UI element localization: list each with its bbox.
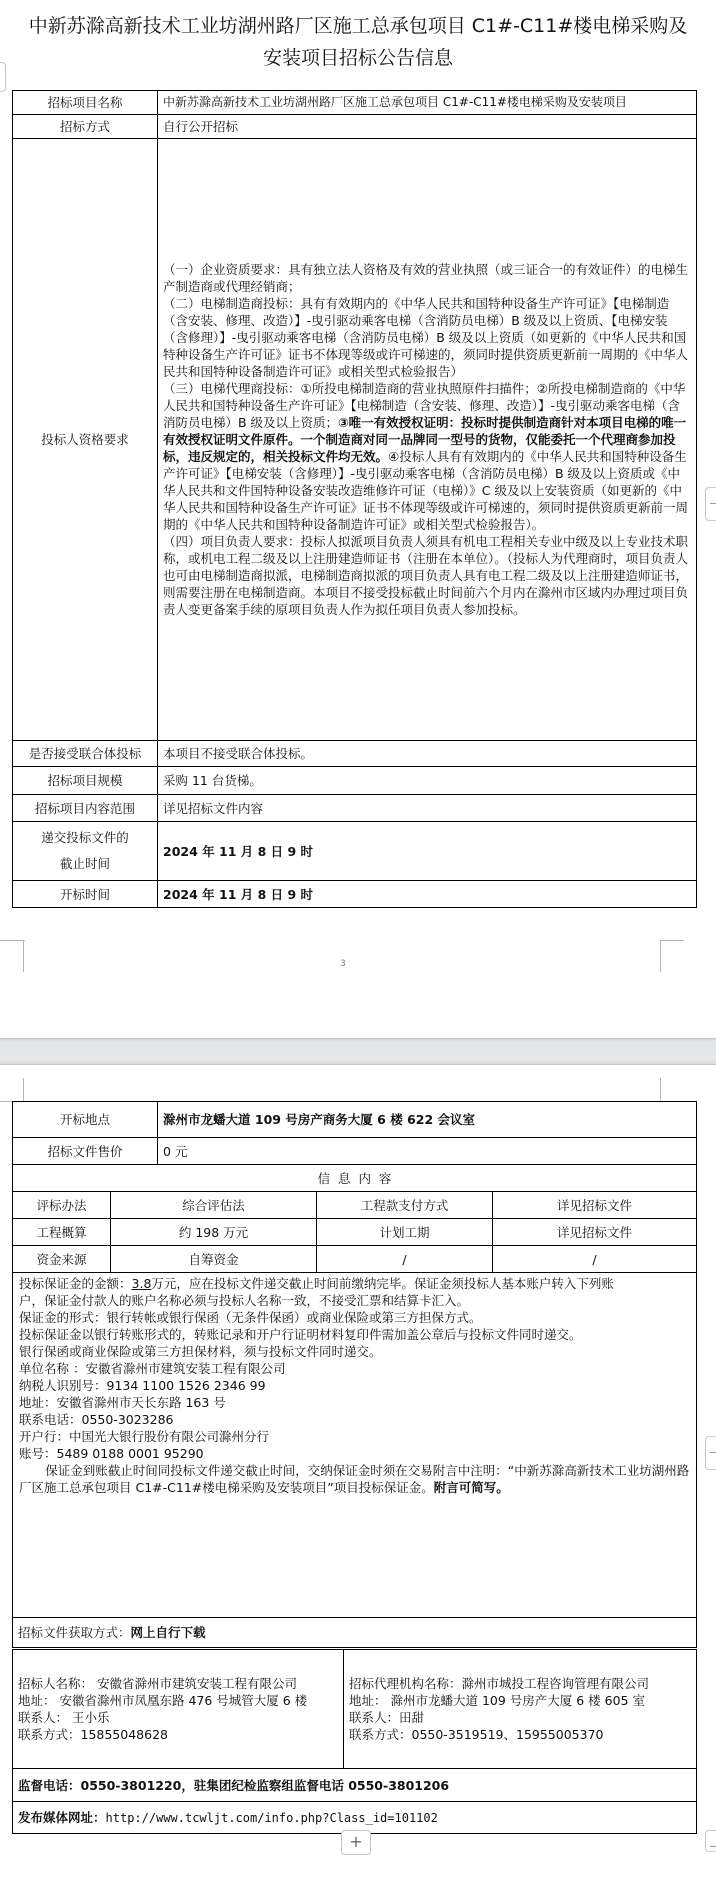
info-cell-label: / [317,1246,493,1273]
deposit-transfer-note: 投标保证金以银行转账形式的，转账记录和开户行证明材料复印件需加盖公章后与投标文件… [19,1326,690,1343]
table-row: 开标地点 滁州市龙蟠大道 109 号房产商务大厦 6 楼 622 会议室 [13,1102,697,1138]
table-row: 招标项目名称 中新苏滁高新技术工业坊湖州路厂区施工总承包项目 C1#-C11#楼… [13,91,697,115]
info-section-header: 信 息 内 容 [13,1165,697,1192]
agency-contact: 联系人：田甜 [349,1709,691,1726]
page-separator [0,1038,716,1065]
deposit-info: 投标保证金的金额：3.8万元，应在投标文件递交截止时间前缴纳完毕。保证金须投标人… [13,1273,697,1618]
add-button[interactable]: + [341,1830,371,1855]
deposit-remark-bold: 附言可简写。 [434,1480,509,1495]
table-row: 招标人名称： 安徽省滁州市建筑安装工程有限公司 地址： 安徽省滁州市凤凰东路 4… [13,1650,697,1769]
tenderer-contact: 联系人： 王小乐 [18,1709,338,1726]
deposit-unit-name: 单位名称 ：安徽省滁州市建筑安装工程有限公司 [19,1360,690,1377]
deposit-account-note: 户，保证金付款人的账户名称必须与投标人名称一致，不接受汇票和结算卡汇入。 [19,1292,690,1309]
deposit-phone: 联系电话：0550-3023286 [19,1411,690,1428]
project-name-label: 招标项目名称 [13,91,158,115]
info-cell-label: 评标办法 [13,1192,111,1219]
deposit-guarantee-note: 银行保函或商业保险或第三方担保材料，须与投标文件同时递交。 [19,1343,690,1360]
deadline-label-line1: 递交投标文件的 [18,825,152,851]
tenderer-name: 招标人名称： 安徽省滁州市建筑安装工程有限公司 [18,1675,338,1692]
deposit-remark-text: 保证金到账截止时间同投标文件递交截止时间，交纳保证金时须在交易附言中注明：“中新… [19,1463,689,1495]
deadline-label: 递交投标文件的 截止时间 [13,822,158,881]
qualification-label: 投标人资格要求 [13,139,158,741]
tenderer-address: 地址： 安徽省滁州市凤凰东路 476 号城管大厦 6 楼 [18,1692,338,1709]
title-line-1: 中新苏滁高新技术工业坊湖州路厂区施工总承包项目 C1#-C11#楼电梯采购及 [0,10,716,42]
agency-info: 招标代理机构名称：滁州市城投工程咨询管理有限公司 地址： 滁州市龙蟠大道 109… [344,1650,697,1769]
scale-label: 招标项目规模 [13,767,158,795]
media-label: 发布媒体网址： [18,1810,106,1825]
info-cell-label: 工程款支付方式 [317,1192,493,1219]
table-row: 招标文件售价 0 元 [13,1138,697,1165]
deposit-remark: 保证金到账截止时间同投标文件递交截止时间，交纳保证金时须在交易附言中注明：“中新… [19,1462,690,1496]
qualification-manufacturer: （二）电梯制造商投标：具有有效期内的《中华人民共和国特种设备生产许可证》【电梯制… [163,295,691,380]
table-row: 递交投标文件的 截止时间 2024 年 11 月 8 日 9 时 [13,822,697,881]
deposit-amount-line: 投标保证金的金额：3.8万元，应在投标文件递交截止时间前缴纳完毕。保证金须投标人… [19,1275,690,1292]
table-row: 发布媒体网址：http://www.tcwljt.com/info.php?Cl… [13,1802,697,1834]
tender-info-table-page1: 招标项目名称 中新苏滁高新技术工业坊湖州路厂区施工总承包项目 C1#-C11#楼… [12,90,697,908]
info-cell-value: 详见招标文件 [493,1219,697,1246]
table-row: 招标项目规模 采购 11 台货梯。 [13,767,697,795]
media-url[interactable]: http://www.tcwljt.com/info.php?Class_id=… [106,1811,438,1825]
right-side-handle[interactable] [705,1830,716,1852]
info-cell-value: 自筹资金 [111,1246,317,1273]
left-side-tab[interactable] [0,62,6,92]
info-cell-label: 资金来源 [13,1246,111,1273]
right-side-handle[interactable] [705,487,716,521]
media-url-row: 发布媒体网址：http://www.tcwljt.com/info.php?Cl… [13,1802,697,1834]
deposit-amount-suffix: 万元，应在投标文件递交截止时间前缴纳完毕。保证金须投标人基本账户转入下列账 [151,1276,614,1291]
page-corner-mark [660,1078,684,1102]
deposit-account: 账号：5489 0188 0001 95290 [19,1445,690,1462]
qualification-value: （一）企业资质要求：具有独立法人资格及有效的营业执照（或三证合一的有效证件）的电… [158,139,697,741]
qualification-enterprise: （一）企业资质要求：具有独立法人资格及有效的营业执照（或三证合一的有效证件）的电… [163,261,691,295]
scope-label: 招标项目内容范围 [13,795,158,822]
info-cell-label: 计划工期 [317,1219,493,1246]
deadline-label-line2: 截止时间 [18,851,152,877]
project-name-value: 中新苏滁高新技术工业坊湖州路厂区施工总承包项目 C1#-C11#楼电梯采购及安装… [158,91,697,115]
doc-access-value: 网上自行下载 [131,1625,206,1640]
info-grid-row: 评标办法 综合评估法 工程款支付方式 详见招标文件 [13,1192,697,1219]
table-row: 投标人资格要求 （一）企业资质要求：具有独立法人资格及有效的营业执照（或三证合一… [13,139,697,741]
contacts-table: 招标人名称： 安徽省滁州市建筑安装工程有限公司 地址： 安徽省滁州市凤凰东路 4… [12,1649,697,1834]
info-cell-value: 详见招标文件 [493,1192,697,1219]
table-row: 开标时间 2024 年 11 月 8 日 9 时 [13,881,697,908]
title-line-2: 安装项目招标公告信息 [0,42,716,74]
table-row: 信 息 内 容 [13,1165,697,1192]
opening-place-label: 开标地点 [13,1102,158,1138]
doc-access: 招标文件获取方式：网上自行下载 [13,1618,697,1648]
info-grid-row: 工程概算 约 198 万元 计划工期 详见招标文件 [13,1219,697,1246]
tender-info-table-page2: 开标地点 滁州市龙蟠大道 109 号房产商务大厦 6 楼 622 会议室 招标文… [12,1101,697,1648]
info-cell-value: / [493,1246,697,1273]
right-side-handle[interactable] [705,1436,716,1470]
method-label: 招标方式 [13,115,158,139]
doc-access-label: 招标文件获取方式： [18,1625,131,1640]
supervision-phone: 监督电话：0550-3801220，驻集团纪检监察组监督电话 0550-3801… [13,1769,697,1802]
plus-icon: + [349,1832,362,1851]
info-grid-row: 资金来源 自筹资金 / / [13,1246,697,1273]
deposit-tax-id: 纳税人识别号：9134 1100 1526 2346 99 [19,1377,690,1394]
tenderer-phone: 联系方式：15855048628 [18,1726,338,1743]
tenderer-info: 招标人名称： 安徽省滁州市建筑安装工程有限公司 地址： 安徽省滁州市凤凰东路 4… [13,1650,344,1769]
table-row: 招标文件获取方式：网上自行下载 [13,1618,697,1648]
consortium-label: 是否接受联合体投标 [13,741,158,767]
deposit-amount-prefix: 投标保证金的金额： [19,1276,132,1291]
table-row: 招标项目内容范围 详见招标文件内容 [13,795,697,822]
scale-value: 采购 11 台货梯。 [158,767,697,795]
agency-address: 地址： 滁州市龙蟠大道 109 号房产大厦 6 楼 605 室 [349,1692,691,1709]
deposit-form: 保证金的形式：银行转帐或银行保函（无条件保函）或商业保险或第三方担保方式。 [19,1309,690,1326]
page-corner-mark [0,1078,24,1102]
deposit-amount: 3.8 [132,1276,152,1291]
page-corner-mark [0,940,24,972]
doc-price-label: 招标文件售价 [13,1138,158,1165]
opening-time-value: 2024 年 11 月 8 日 9 时 [158,881,697,908]
opening-time-label: 开标时间 [13,881,158,908]
opening-place-value: 滁州市龙蟠大道 109 号房产商务大厦 6 楼 622 会议室 [158,1102,697,1138]
deposit-address: 地址：安徽省滁州市天长东路 163 号 [19,1394,690,1411]
deposit-bank: 开户行：中国光大银行股份有限公司滁州分行 [19,1428,690,1445]
table-row: 投标保证金的金额：3.8万元，应在投标文件递交截止时间前缴纳完毕。保证金须投标人… [13,1273,697,1618]
agency-phone: 联系方式：0550-3519519、15955005370 [349,1726,691,1743]
document-title: 中新苏滁高新技术工业坊湖州路厂区施工总承包项目 C1#-C11#楼电梯采购及 安… [0,10,716,74]
doc-price-value: 0 元 [158,1138,697,1165]
page-number: 3 [340,959,346,969]
info-cell-value: 约 198 万元 [111,1219,317,1246]
info-cell-value: 综合评估法 [111,1192,317,1219]
page-corner-mark [660,940,684,972]
table-row: 是否接受联合体投标 本项目不接受联合体投标。 [13,741,697,767]
deadline-value: 2024 年 11 月 8 日 9 时 [158,822,697,881]
consortium-value: 本项目不接受联合体投标。 [158,741,697,767]
table-row: 招标方式 自行公开招标 [13,115,697,139]
agency-name: 招标代理机构名称：滁州市城投工程咨询管理有限公司 [349,1675,691,1692]
info-cell-label: 工程概算 [13,1219,111,1246]
table-row: 监督电话：0550-3801220，驻集团纪检监察组监督电话 0550-3801… [13,1769,697,1802]
scope-value: 详见招标文件内容 [158,795,697,822]
method-value: 自行公开招标 [158,115,697,139]
qualification-agent: （三）电梯代理商投标：①所投电梯制造商的营业执照原件扫描件；②所投电梯制造商的《… [163,380,691,533]
qualification-project-leader: （四）项目负责人要求：投标人拟派项目负责人须具有机电工程相关专业中级及以上专业技… [163,533,691,618]
